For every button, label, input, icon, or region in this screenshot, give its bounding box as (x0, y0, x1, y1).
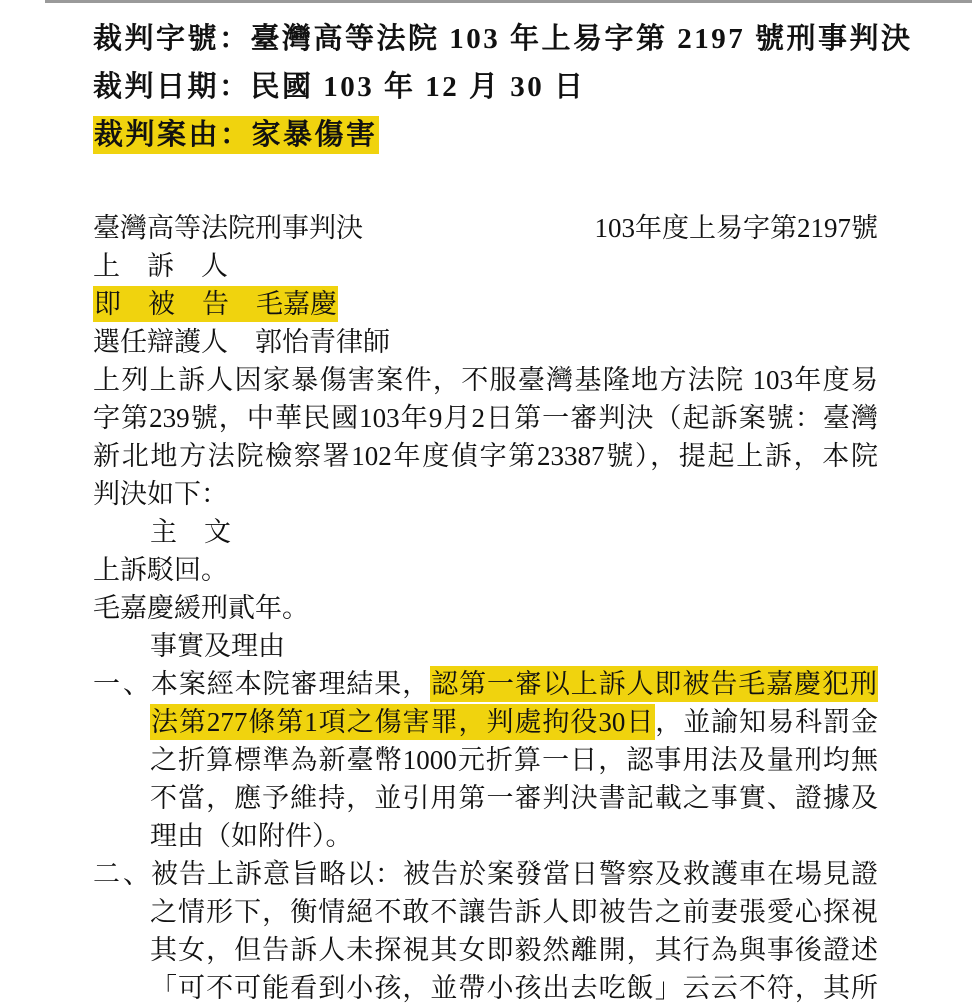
date-text: 裁判日期：民國 103 年 12 月 30 日 (93, 71, 586, 103)
cause-text-highlighted: 裁判案由：家暴傷害 (93, 116, 379, 154)
item-2-line-1-text: 被告上訴意旨略以：被告於案發當日警察及救護車在場見證 (150, 859, 878, 889)
main-text-heading: 主 文 (93, 513, 878, 551)
party-counsel-line: 選任辯護人 郭怡青律師 (93, 323, 878, 361)
case-number-text: 裁判字號：臺灣高等法院 103 年上易字第 2197 號刑事判決 (93, 23, 913, 55)
item-2: 二、被告上訴意旨略以：被告於案發當日警察及救護車在場見證 之情形下，衡情絕不敢不… (93, 855, 878, 1003)
preamble-line-3: 新北地方法院檢察署102年度偵字第23387號），提起上訴，本院 (93, 437, 878, 475)
party-appellant-line: 上 訴 人 (93, 247, 878, 285)
item-1-line-1-plain: 本案經本院審理結果， (150, 669, 430, 699)
item-1-line-1: 一、本案經本院審理結果，認第一審以上訴人即被告毛嘉慶犯刑 (93, 665, 878, 703)
item-1-line-1-highlight: 認第一審以上訴人即被告毛嘉慶犯刑 (430, 666, 878, 702)
docket-number: 103年度上易字第2197號 (595, 209, 879, 247)
header-cause-line: 裁判案由：家暴傷害 (93, 111, 878, 159)
page-top-rule (45, 0, 972, 3)
item-1-line-3: 之折算標準為新臺幣1000元折算一日，認事用法及量刑均無 (93, 741, 878, 779)
preamble-line-2: 字第239號，中華民國103年9月2日第一審判決（起訴案號：臺灣 (93, 399, 878, 437)
main-text-line-1: 上訴駁回。 (93, 551, 878, 589)
preamble-line-1: 上列上訴人因家暴傷害案件，不服臺灣基隆地方法院 103年度易 (93, 361, 878, 399)
item-1: 一、本案經本院審理結果，認第一審以上訴人即被告毛嘉慶犯刑 法第277條第1項之傷… (93, 665, 878, 855)
item-2-line-2: 之情形下，衡情絕不敢不讓告訴人即被告之前妻張愛心探視 (93, 893, 878, 931)
item-2-marker: 二、 (93, 855, 150, 893)
court-title: 臺灣高等法院刑事判決 (93, 209, 363, 247)
item-1-line-2: 法第277條第1項之傷害罪，判處拘役30日，並諭知易科罰金 (93, 703, 878, 741)
preamble-line-4: 判決如下： (93, 475, 878, 513)
judgment-body: 臺灣高等法院刑事判決 103年度上易字第2197號 上 訴 人 即 被 告 毛嘉… (93, 209, 878, 1003)
header-date-line: 裁判日期：民國 103 年 12 月 30 日 (93, 63, 878, 111)
item-2-line-1: 二、被告上訴意旨略以：被告於案發當日警察及救護車在場見證 (93, 855, 878, 893)
counsel-name: 選任辯護人 郭怡青律師 (93, 327, 390, 357)
party-defendant-line: 即 被 告 毛嘉慶 (93, 285, 878, 323)
item-1-marker: 一、 (93, 665, 150, 703)
item-2-line-4: 「可不可能看到小孩，並帶小孩出去吃飯」云云不符，其所 (93, 969, 878, 1003)
court-title-row: 臺灣高等法院刑事判決 103年度上易字第2197號 (93, 209, 878, 247)
main-text-line-2: 毛嘉慶緩刑貳年。 (93, 589, 878, 627)
header-meta-block: 裁判字號：臺灣高等法院 103 年上易字第 2197 號刑事判決 裁判日期：民國… (93, 15, 878, 159)
appellant-label: 上 訴 人 (93, 251, 228, 281)
judgment-document: 裁判字號：臺灣高等法院 103 年上易字第 2197 號刑事判決 裁判日期：民國… (0, 0, 878, 1003)
item-1-line-2-highlight: 法第277條第1項之傷害罪，判處拘役30日 (150, 704, 655, 740)
item-1-line-2-plain: ，並諭知易科罰金 (655, 707, 878, 737)
defendant-name-highlighted: 即 被 告 毛嘉慶 (93, 286, 338, 322)
item-1-line-5: 理由（如附件）。 (93, 817, 878, 855)
item-2-line-3: 其女，但告訴人未探視其女即毅然離開，其行為與事後證述 (93, 931, 878, 969)
item-1-line-4: 不當，應予維持，並引用第一審判決書記載之事實、證據及 (93, 779, 878, 817)
header-case-number-line: 裁判字號：臺灣高等法院 103 年上易字第 2197 號刑事判決 (93, 15, 878, 63)
facts-reasons-heading: 事實及理由 (93, 627, 878, 665)
